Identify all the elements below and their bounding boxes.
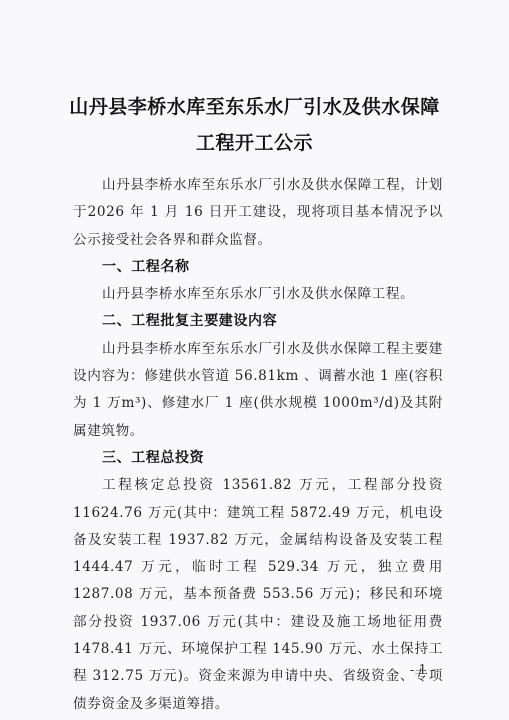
- page-number: - 1 -: [410, 663, 435, 678]
- document-body: 山丹县李桥水库至东乐水厂引水及供水保障工程，计划于2026 年 1 月 16 日…: [73, 172, 443, 718]
- document-page: 山丹县李桥水库至东乐水厂引水及供水保障 工程开工公示 山丹县李桥水库至东乐水厂引…: [0, 0, 509, 720]
- section-text-construction-content: 山丹县李桥水库至东乐水厂引水及供水保障工程主要建设内容为：修建供水管道 56.8…: [73, 336, 443, 445]
- intro-paragraph: 山丹县李桥水库至东乐水厂引水及供水保障工程，计划于2026 年 1 月 16 日…: [73, 172, 443, 254]
- document-title-line-1: 山丹县李桥水库至东乐水厂引水及供水保障: [0, 92, 509, 119]
- section-heading-construction-content: 二、工程批复主要建设内容: [73, 308, 443, 335]
- section-text-total-investment: 工程核定总投资 13561.82 万元，工程部分投资 11624.76 万元(其…: [73, 472, 443, 718]
- section-text-project-name: 山丹县李桥水库至东乐水厂引水及供水保障工程。: [73, 281, 443, 308]
- section-heading-project-name: 一、工程名称: [73, 254, 443, 281]
- section-heading-total-investment: 三、工程总投资: [73, 445, 443, 472]
- document-title-line-2: 工程开工公示: [0, 128, 509, 155]
